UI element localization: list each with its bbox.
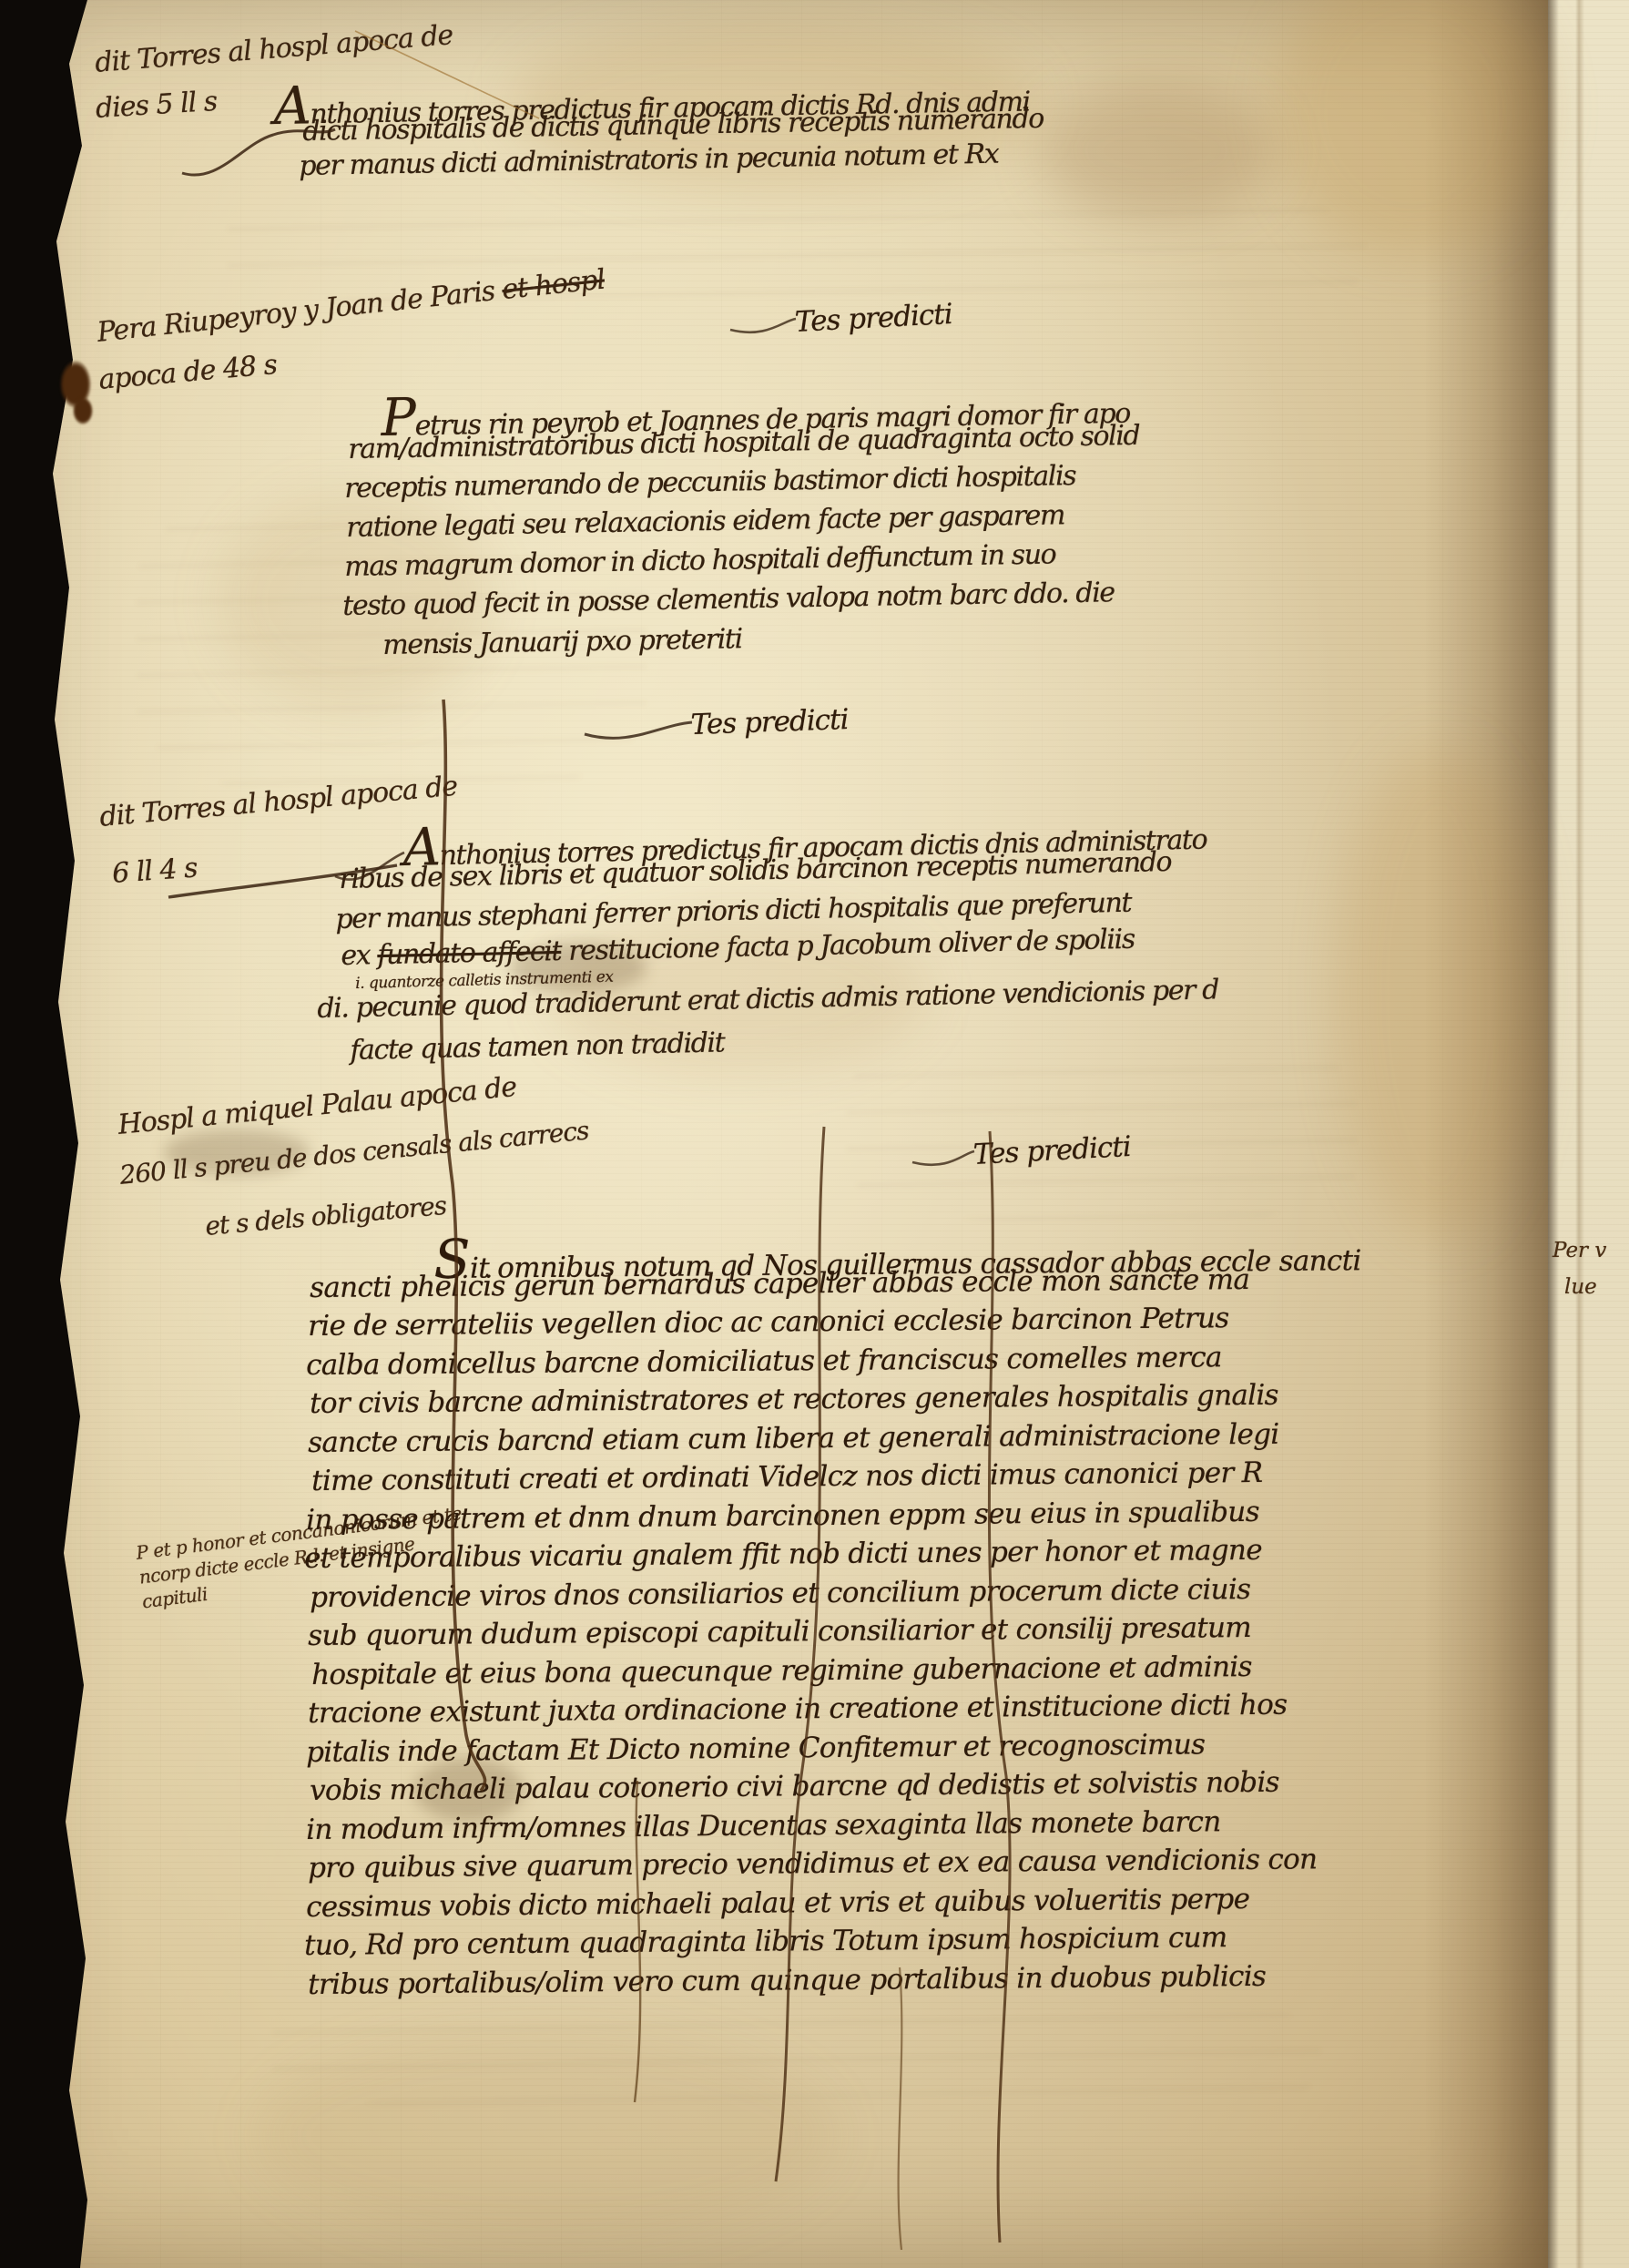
struck-text: fundato affecit: [377, 935, 561, 971]
adjacent-page-text: Per v: [1553, 1239, 1606, 1262]
margin-note-line: 6 ll 4 s: [111, 852, 199, 889]
manuscript-photo: dit Torres al hospl apoca de dies 5 ll s…: [0, 0, 1629, 2268]
adjacent-page-text: lue: [1564, 1275, 1597, 1299]
gutter-shadow: [1425, 0, 1548, 2268]
body-text: ex: [341, 939, 378, 972]
body-line: mensis Januarij pxo preteriti: [382, 623, 742, 661]
witness-line: Tes predicti: [690, 703, 849, 741]
adjacent-page-edge: [1548, 0, 1629, 2268]
